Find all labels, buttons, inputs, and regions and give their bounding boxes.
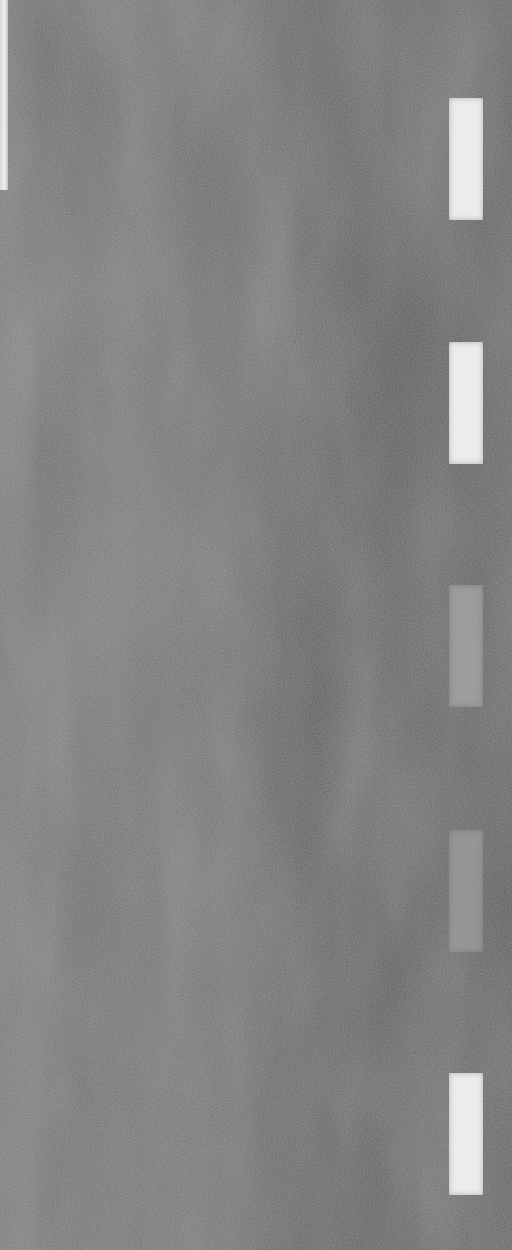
- lane-dash: [449, 830, 483, 952]
- solid-edge-line: [0, 0, 8, 190]
- asphalt-road: [0, 0, 512, 1250]
- lane-dash: [449, 98, 483, 220]
- lane-dash: [449, 342, 483, 464]
- lane-dash: [449, 585, 483, 707]
- asphalt-texture: [0, 0, 512, 1250]
- lane-dash: [449, 1073, 483, 1195]
